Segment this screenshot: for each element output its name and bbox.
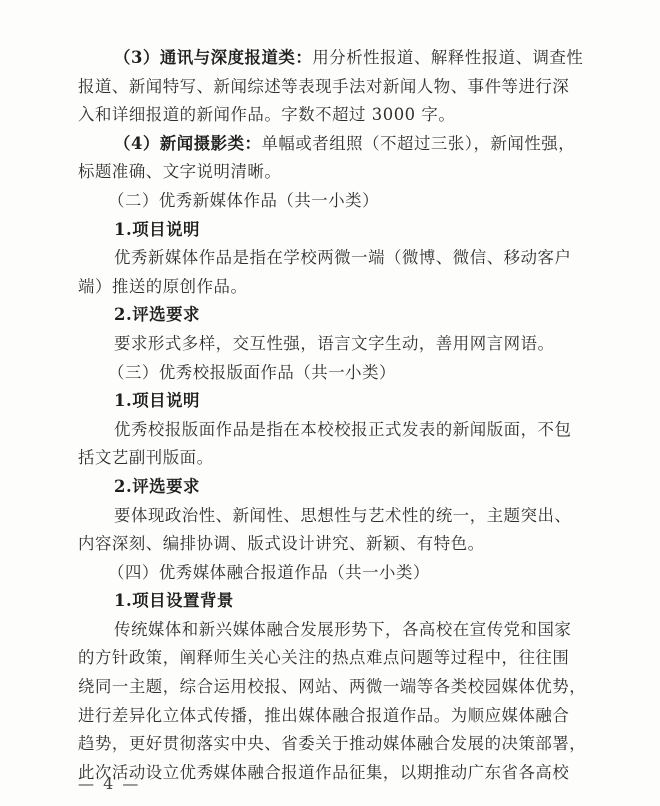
subheading: 2.评选要求 (78, 301, 574, 330)
section-heading-3: （三）优秀校报版面作品（共一小类） (78, 359, 574, 388)
subheading: 1.项目说明 (78, 216, 574, 245)
document-page: （3）通讯与深度报道类：用分析性报道、解释性报道、调查性 报道、新闻特写、新闻综… (78, 44, 574, 787)
paragraph-line: 此次活动设立优秀媒体融合报道作品征集，以期推动广东省各高校 (78, 759, 574, 788)
item-4-label: （4）新闻摄影类： (114, 134, 261, 153)
paragraph-line: 标题准确、文字说明清晰。 (78, 158, 574, 187)
paragraph-line: 趋势，更好贯彻落实中央、省委关于推动媒体融合发展的决策部署， (78, 730, 574, 759)
subheading: 2.评选要求 (78, 473, 574, 502)
page-number: — 4 — (78, 774, 140, 793)
paragraph-line: 进行差异化立体式传播，推出媒体融合报道作品。为顺应媒体融合 (78, 702, 574, 731)
paragraph-line: 端）推送的原创作品。 (78, 273, 574, 302)
paragraph-item-3-line: （3）通讯与深度报道类：用分析性报道、解释性报道、调查性 (78, 44, 574, 73)
paragraph-line: 绕同一主题，综合运用校报、网站、两微一端等各类校园媒体优势， (78, 673, 574, 702)
subheading: 1.项目设置背景 (78, 587, 574, 616)
paragraph-line: 入和详细报道的新闻作品。字数不超过 3000 字。 (78, 101, 574, 130)
section-heading-2: （二）优秀新媒体作品（共一小类） (78, 187, 574, 216)
paragraph-line: 传统媒体和新兴媒体融合发展形势下，各高校在宣传党和国家 (78, 616, 574, 645)
paragraph-line: 优秀校报版面作品是指在本校校报正式发表的新闻版面，不包 (78, 416, 574, 445)
item-3-label: （3）通讯与深度报道类： (114, 48, 312, 67)
paragraph-line: 要体现政治性、新闻性、思想性与艺术性的统一，主题突出、 (78, 502, 574, 531)
subheading: 1.项目说明 (78, 387, 574, 416)
section-heading-4: （四）优秀媒体融合报道作品（共一小类） (78, 559, 574, 588)
paragraph-line: 的方针政策，阐释师生关心关注的热点难点问题等过程中，往往围 (78, 644, 574, 673)
paragraph-item-4-line: （4）新闻摄影类：单幅或者组照（不超过三张），新闻性强， (78, 130, 574, 159)
paragraph-line: 报道、新闻特写、新闻综述等表现手法对新闻人物、事件等进行深 (78, 73, 574, 102)
paragraph-line: 括文艺副刊版面。 (78, 444, 574, 473)
paragraph-line: 优秀新媒体作品是指在学校两微一端（微博、微信、移动客户 (78, 244, 574, 273)
paragraph-line: 要求形式多样，交互性强，语言文字生动，善用网言网语。 (78, 330, 574, 359)
paragraph-line: 内容深刻、编排协调、版式设计讲究、新颖、有特色。 (78, 530, 574, 559)
